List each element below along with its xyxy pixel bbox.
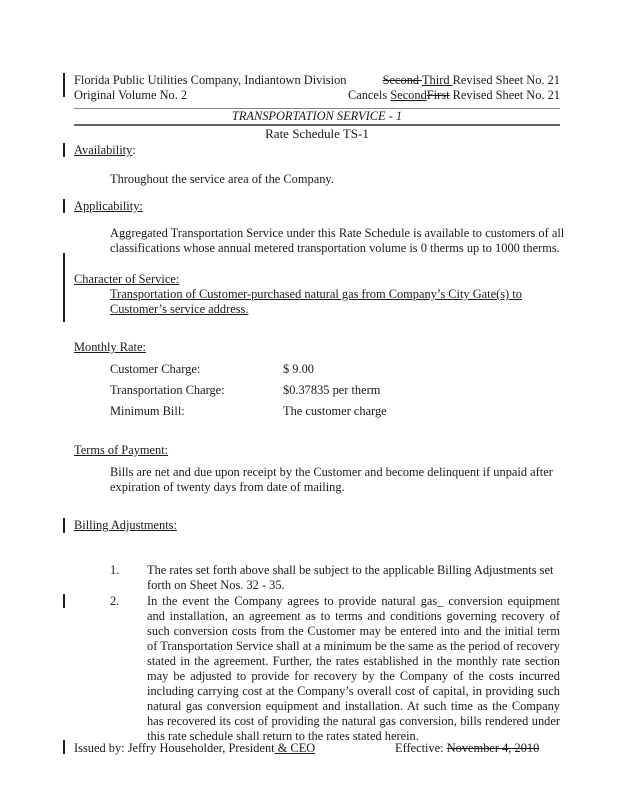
cancels-inserted-text: Second xyxy=(390,88,426,102)
change-bar-availability xyxy=(63,143,65,157)
billing-adjustments-heading: Billing Adjustments: xyxy=(74,518,177,533)
rate-row-transportation-charge: Transportation Charge: $0.37835 per ther… xyxy=(110,383,560,398)
applicability-heading: Applicability: xyxy=(74,199,143,214)
sheet-suffix: Revised Sheet No. 21 xyxy=(453,73,560,87)
availability-heading-colon: : xyxy=(132,143,135,158)
rate-row-customer-charge: Customer Charge: $ 9.00 xyxy=(110,362,560,377)
issued-by-inserted-text: & CEO xyxy=(275,741,316,755)
character-of-service-text: Transportation of Customer-purchased nat… xyxy=(110,287,530,317)
header-right: Second Third Revised Sheet No. 21 Cancel… xyxy=(348,73,560,103)
schedule-title: Rate Schedule TS-1 xyxy=(74,126,560,141)
sheet-number: Second Third Revised Sheet No. 21 xyxy=(348,73,560,88)
issued-by-text: Issued by: Jeffry Householder, President xyxy=(74,741,275,755)
company-name: Florida Public Utilities Company, Indian… xyxy=(74,73,346,88)
volume-number: Original Volume No. 2 xyxy=(74,88,346,103)
availability-heading: Availability: xyxy=(74,143,136,158)
change-bar-applicability xyxy=(63,199,65,213)
rate-label: Transportation Charge: xyxy=(110,383,283,398)
cancels-sheet: Cancels SecondFirst Revised Sheet No. 21 xyxy=(348,88,560,103)
sheet-deleted-text: Second xyxy=(383,73,422,87)
effective-date: Effective: November 4, 2010 xyxy=(395,741,539,756)
list-item-1-text: The rates set forth above shall be subje… xyxy=(147,563,560,593)
list-item-2-number: 2. xyxy=(110,594,119,609)
terms-of-payment-heading: Terms of Payment: xyxy=(74,443,168,458)
effective-deleted-date: November 4, 2010 xyxy=(447,741,540,755)
service-title: TRANSPORTATION SERVICE - 1 xyxy=(74,109,560,124)
rate-value: $0.37835 per therm xyxy=(283,383,380,398)
rate-label: Minimum Bill: xyxy=(110,404,283,419)
monthly-rate-heading: Monthly Rate: xyxy=(74,340,146,355)
list-item-2-text: In the event the Company agrees to provi… xyxy=(147,594,560,744)
availability-text: Throughout the service area of the Compa… xyxy=(110,172,560,187)
cancels-suffix: Revised Sheet No. 21 xyxy=(450,88,560,102)
cancels-prefix: Cancels xyxy=(348,88,390,102)
rate-row-minimum-bill: Minimum Bill: The customer charge xyxy=(110,404,560,419)
effective-label: Effective: xyxy=(395,741,447,755)
cancels-deleted-text: First xyxy=(427,88,450,102)
change-bar-item-2 xyxy=(63,594,65,608)
issued-by: Issued by: Jeffry Householder, President… xyxy=(74,741,315,756)
change-bar-billing-adjustments xyxy=(63,518,65,533)
availability-heading-text: Availability xyxy=(74,143,132,157)
list-item-1-number: 1. xyxy=(110,563,119,578)
change-bar-character-of-service xyxy=(63,253,65,322)
character-of-service-heading: Character of Service: xyxy=(74,272,179,287)
rate-value: $ 9.00 xyxy=(283,362,314,377)
terms-of-payment-text: Bills are net and due upon receipt by th… xyxy=(110,465,570,495)
applicability-text: Aggregated Transportation Service under … xyxy=(110,226,566,256)
change-bar-footer xyxy=(63,740,65,754)
rate-label: Customer Charge: xyxy=(110,362,283,377)
rate-value: The customer charge xyxy=(283,404,387,419)
header-left: Florida Public Utilities Company, Indian… xyxy=(74,73,346,103)
change-bar-header xyxy=(63,73,65,97)
sheet-inserted-text: Third xyxy=(422,73,453,87)
